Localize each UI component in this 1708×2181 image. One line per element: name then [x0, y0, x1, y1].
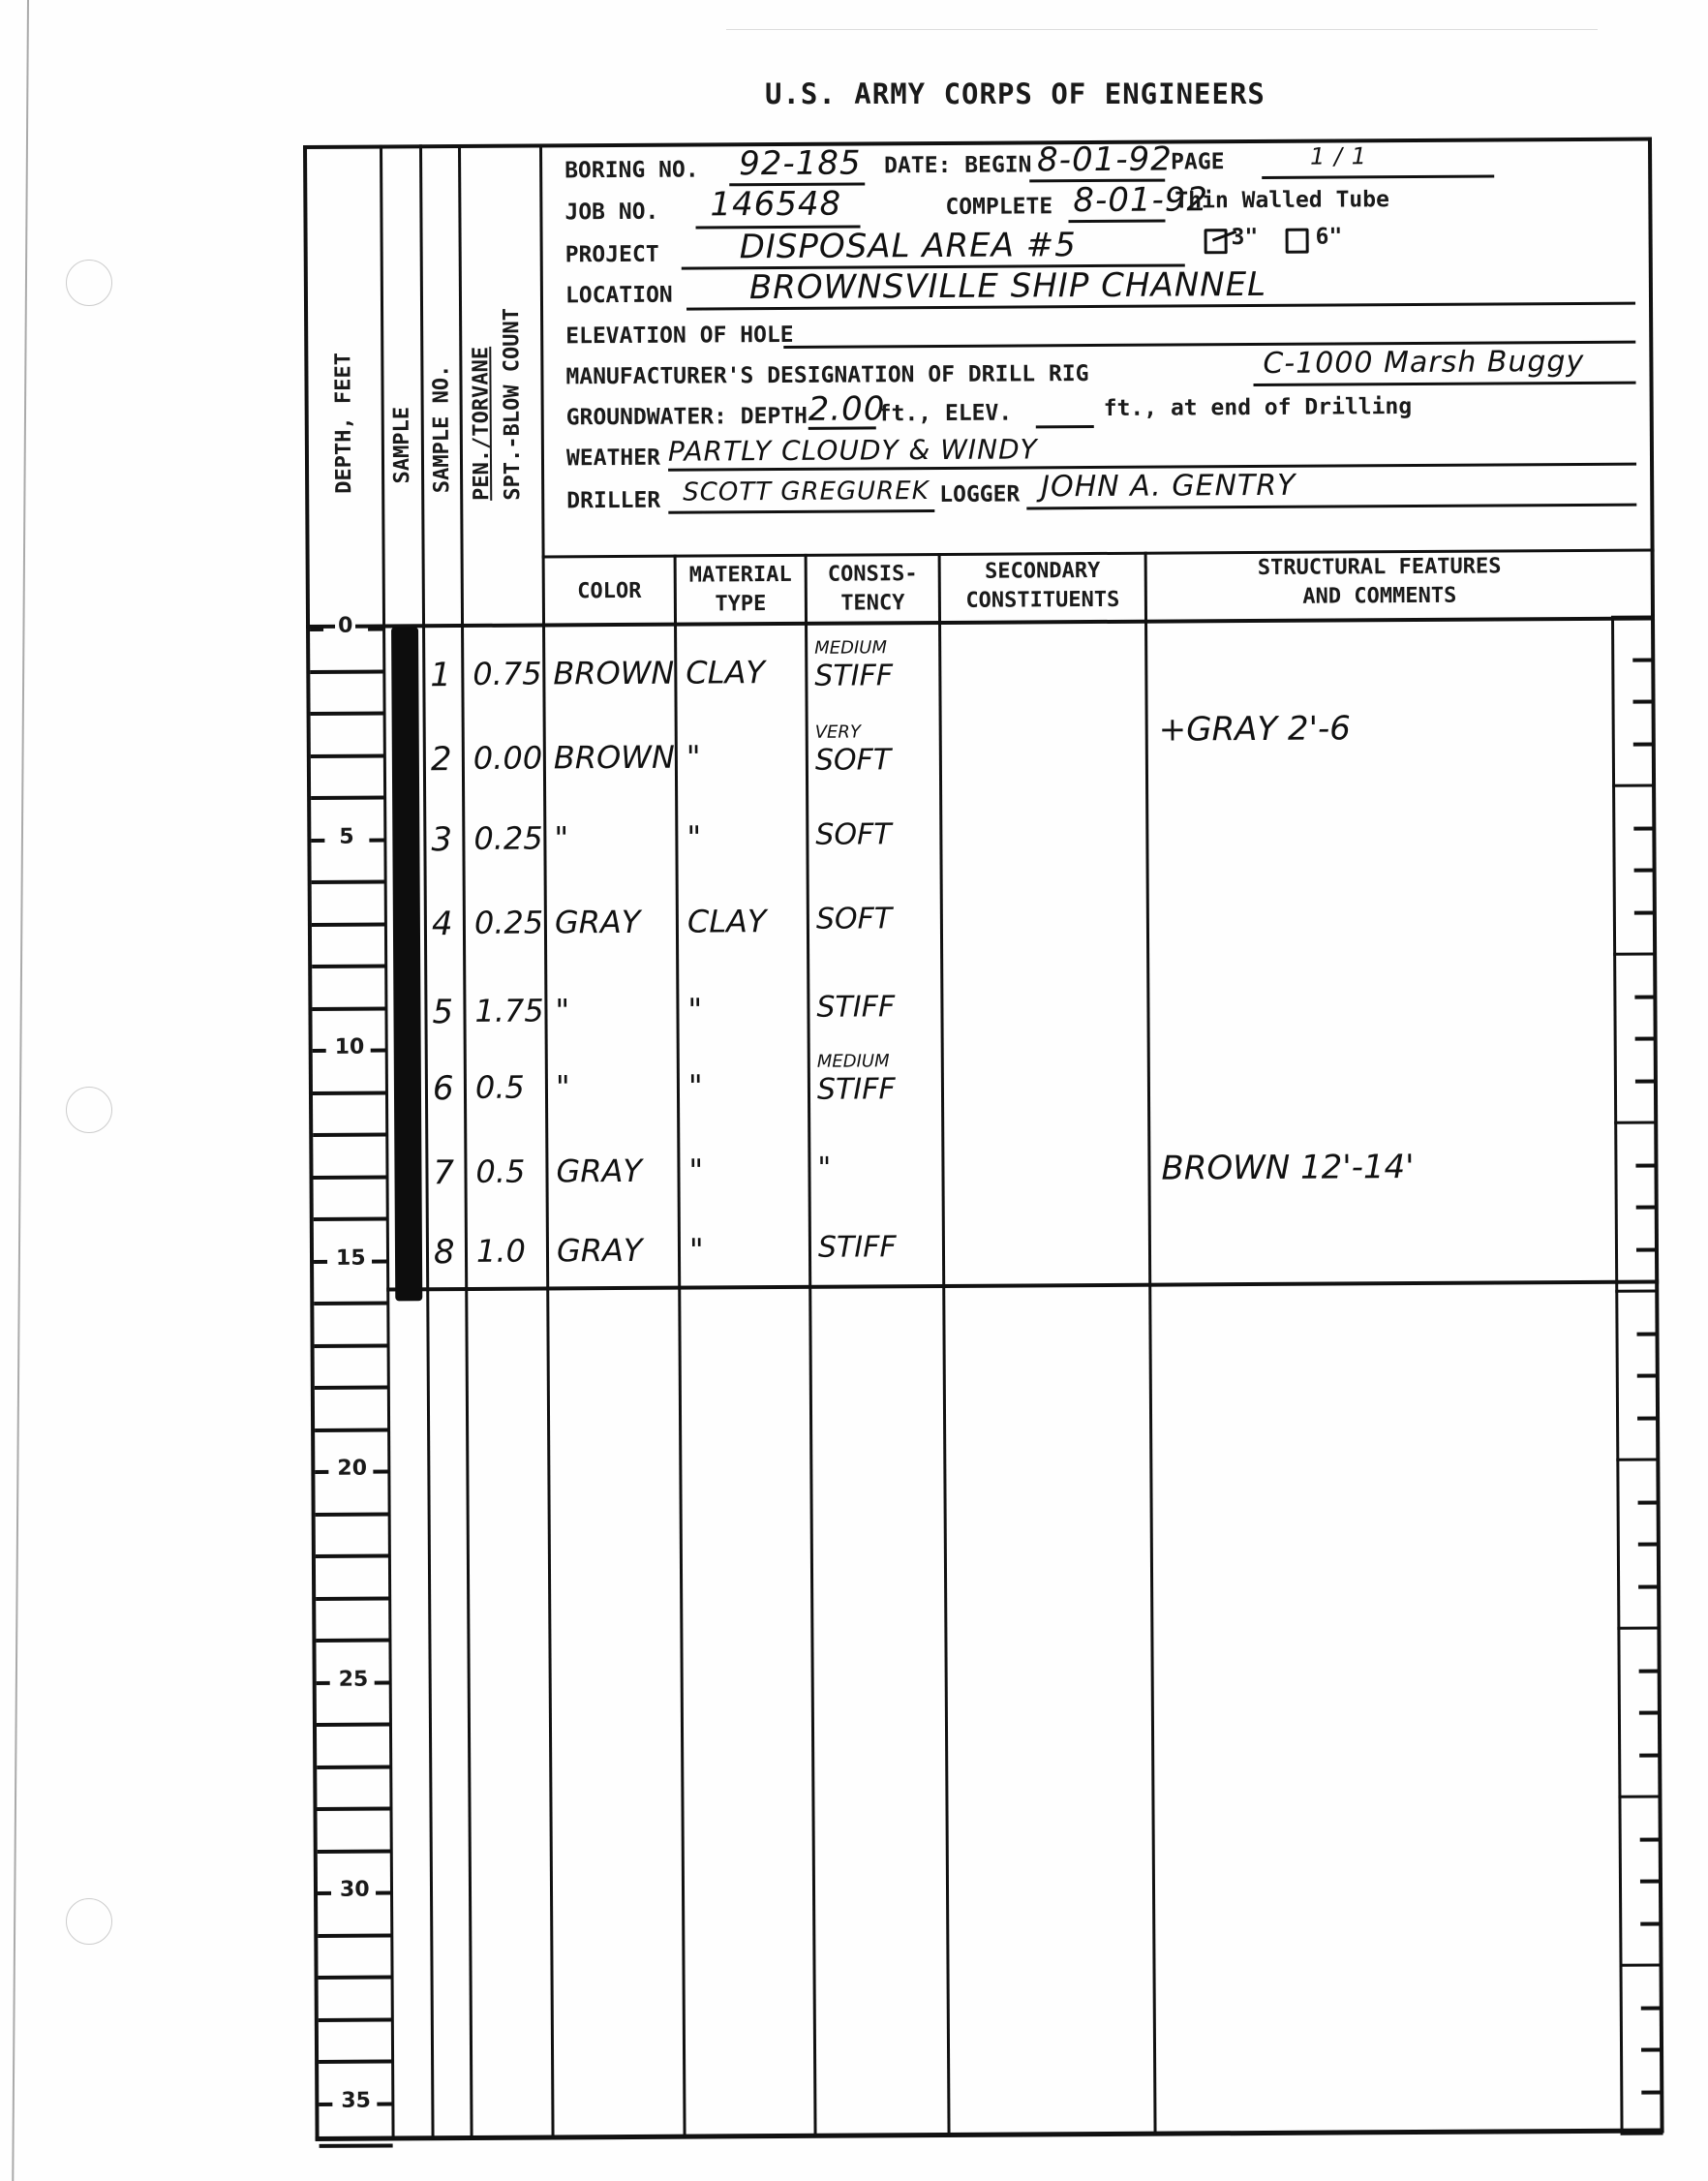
underline	[1026, 504, 1636, 510]
sample-no-cell[interactable]: 5	[432, 993, 453, 1031]
consistency-cell-line2[interactable]: SOFT	[815, 743, 891, 777]
right-scale-tick	[1637, 1373, 1659, 1377]
pen-torvane-cell[interactable]: 0.5	[475, 1152, 525, 1189]
date-begin-value[interactable]: 8-01-92	[1037, 140, 1173, 180]
consistency-cell-line2[interactable]: STIFF	[814, 659, 893, 692]
colhdr-consistency-line1: CONSIS-	[808, 560, 938, 590]
right-scale-tick	[1641, 2047, 1662, 2051]
depth-tick-right	[376, 1890, 391, 1894]
label-page: PAGE	[1171, 149, 1225, 174]
consistency-cell-line1[interactable]: VERY	[815, 722, 861, 743]
depth-label: 30	[337, 1878, 373, 1902]
right-scale-tick	[1617, 1626, 1660, 1629]
sample-no-cell[interactable]: 6	[433, 1069, 454, 1108]
right-scale-tick	[1641, 2006, 1662, 2010]
right-scale-tick	[1634, 868, 1656, 872]
label-job-no: JOB NO.	[564, 200, 658, 226]
consistency-cell[interactable]: "	[817, 1151, 831, 1184]
right-scale-tick	[1615, 1289, 1658, 1292]
page-value[interactable]: 1 / 1	[1310, 142, 1367, 169]
depth-tick-left	[310, 628, 323, 631]
weather-value[interactable]: PARTLY CLOUDY & WINDY	[668, 433, 1038, 467]
depth-tick-line	[319, 1975, 392, 1979]
color-cell[interactable]: GRAY	[555, 904, 641, 941]
depth-tick-line	[318, 1849, 391, 1853]
colhdr-secondary: SECONDARY CONSTITUENTS	[941, 557, 1144, 616]
structural-comment[interactable]: +GRAY 2'-6	[1159, 709, 1351, 749]
label-groundwater-elev: ft., ELEV.	[878, 401, 1013, 427]
pen-torvane-cell[interactable]: 0.00	[473, 740, 542, 777]
depth-tick-right	[377, 2102, 392, 2105]
depth-tick-line	[316, 1553, 389, 1557]
depth-tick-left	[311, 838, 324, 842]
consistency-cell[interactable]: SOFT	[816, 902, 892, 936]
label-6in: 6"	[1316, 224, 1343, 249]
colhdr-structural-line1: STRUCTURAL FEATURES	[1147, 552, 1612, 584]
right-scale-tick	[1634, 910, 1656, 914]
right-scale-tick	[1616, 1458, 1659, 1460]
right-scale-tick	[1619, 1963, 1662, 1966]
label-thin-walled-tube: Thin Walled Tube	[1174, 187, 1389, 213]
depth-tick-right	[371, 1048, 386, 1052]
depth-tick-left	[313, 1049, 326, 1053]
header-sample-no: SAMPLE NO.	[429, 365, 454, 494]
right-scale-tick	[1639, 1669, 1661, 1673]
underline	[808, 426, 876, 429]
label-project: PROJECT	[565, 242, 659, 268]
depth-tick-line	[312, 1006, 385, 1010]
agency-title: U.S. ARMY CORPS OF ENGINEERS	[765, 77, 1266, 110]
sample-no-cell[interactable]: 1	[430, 656, 451, 694]
right-scale-tick	[1633, 826, 1655, 830]
right-scale-tick	[1635, 1079, 1657, 1083]
depth-label: 35	[338, 2088, 374, 2112]
depth-tick-left	[318, 1891, 331, 1895]
color-cell[interactable]: BROWN	[554, 739, 675, 777]
end-of-boring-line	[386, 1279, 1659, 1291]
depth-tick-line	[312, 922, 385, 926]
right-scale-tick	[1636, 1247, 1658, 1251]
color-cell[interactable]: "	[556, 1068, 570, 1105]
sampled-interval-bar	[391, 627, 422, 1301]
color-cell[interactable]: "	[554, 819, 568, 856]
divider-color	[674, 555, 686, 2138]
checkbox-6in[interactable]	[1286, 229, 1309, 254]
depth-label: 20	[334, 1457, 370, 1481]
depth-tick-line	[316, 1512, 389, 1516]
depth-tick-line	[312, 879, 385, 883]
column-header-bottom	[306, 616, 1655, 629]
colhdr-secondary-line1: SECONDARY	[941, 557, 1144, 587]
label-date-begin: DATE: BEGIN	[884, 152, 1031, 178]
right-scale-tick	[1634, 995, 1656, 998]
depth-tick-line	[311, 712, 384, 716]
sample-no-cell[interactable]: 7	[433, 1153, 454, 1192]
depth-tick-line	[310, 669, 383, 673]
label-complete: COMPLETE	[945, 194, 1052, 220]
depth-tick-line	[315, 1343, 388, 1347]
boring-log-form: DEPTH, FEET SAMPLE SAMPLE NO. PEN./TORVA…	[303, 137, 1664, 2139]
colhdr-material: MATERIAL TYPE	[677, 561, 805, 620]
consistency-cell[interactable]: STIFF	[818, 1230, 897, 1264]
right-scale-tick	[1637, 1416, 1659, 1420]
label-groundwater-end: ft., at end of Drilling	[1104, 394, 1413, 421]
depth-tick-line	[315, 1428, 388, 1431]
right-scale-tick	[1641, 2090, 1662, 2094]
pen-torvane-cell[interactable]: 1.75	[474, 993, 543, 1029]
depth-tick-right	[369, 838, 384, 842]
depth-tick-left	[314, 1259, 327, 1263]
groundwater-depth-value[interactable]: 2.00	[808, 389, 886, 428]
boring-no-value[interactable]: 92-185	[739, 143, 862, 183]
material-cell[interactable]: "	[688, 1067, 703, 1104]
right-scale-tick	[1614, 1121, 1657, 1123]
depth-tick-line	[319, 2059, 392, 2063]
depth-tick-right	[373, 1469, 388, 1473]
sample-no-cell[interactable]: 8	[434, 1233, 455, 1272]
structural-comment[interactable]: BROWN 12'-14'	[1161, 1148, 1414, 1188]
depth-tick-line	[317, 1806, 390, 1810]
page-left-edge	[12, 0, 29, 2181]
color-cell[interactable]: GRAY	[556, 1152, 642, 1189]
punch-hole-middle	[66, 1087, 112, 1133]
underline	[1036, 425, 1094, 428]
colhdr-material-line1: MATERIAL	[677, 561, 805, 591]
colhdr-structural-line2: AND COMMENTS	[1147, 581, 1612, 613]
checkbox-3in[interactable]	[1205, 229, 1228, 254]
depth-tick-line	[320, 2143, 393, 2147]
depth-tick-line	[315, 1385, 388, 1389]
depth-tick-line	[311, 753, 384, 757]
sample-no-cell[interactable]: 2	[431, 740, 452, 779]
divider-pen	[539, 143, 555, 2138]
depth-tick-line	[317, 1722, 390, 1726]
consistency-cell[interactable]: STIFF	[816, 990, 895, 1024]
depth-tick-line	[317, 1765, 390, 1768]
depth-tick-line	[319, 2017, 392, 2021]
depth-tick-line	[313, 1132, 386, 1136]
right-scale-tick	[1611, 615, 1654, 618]
logger-value[interactable]: JOHN A. GENTRY	[1041, 469, 1296, 505]
depth-tick-line	[316, 1596, 389, 1600]
header-pen-torvane: PEN./TORVANE	[469, 347, 494, 501]
depth-tick-right	[375, 1680, 390, 1684]
project-value[interactable]: DISPOSAL AREA #5	[740, 226, 1077, 266]
consistency-cell[interactable]: SOFT	[815, 817, 891, 851]
colhdr-consistency: CONSIS- TENCY	[808, 560, 938, 619]
right-scale-tick	[1612, 783, 1655, 786]
frame-right	[1648, 137, 1664, 2132]
depth-tick-left	[315, 1470, 328, 1474]
sample-no-cell[interactable]: 4	[432, 905, 453, 943]
underline	[1262, 174, 1494, 178]
right-scale-tick	[1639, 1753, 1661, 1757]
colhdr-consistency-line2: TENCY	[808, 589, 938, 619]
divider-material	[805, 554, 817, 2137]
right-scale-tick	[1635, 1163, 1657, 1167]
right-scale-tick	[1640, 1837, 1662, 1841]
label-drill-rig: MANUFACTURER'S DESIGNATION OF DRILL RIG	[565, 361, 1088, 389]
consistency-cell-line2[interactable]: STIFF	[817, 1072, 896, 1106]
right-scale-tick	[1639, 1710, 1661, 1714]
divider-right-scale	[1611, 617, 1624, 2133]
header-spt-blow-count: SPT.-BLOW COUNT	[500, 308, 525, 501]
material-cell[interactable]: "	[687, 992, 702, 1029]
punch-hole-bottom	[66, 1898, 112, 1945]
job-no-value[interactable]: 146548	[710, 185, 841, 225]
driller-value[interactable]: SCOTT GREGUREK	[683, 476, 930, 507]
right-scale-tick	[1638, 1542, 1660, 1546]
header-depth-feet: DEPTH, FEET	[331, 353, 356, 494]
pen-torvane-cell[interactable]: 1.0	[476, 1233, 526, 1270]
right-scale-tick	[1636, 1205, 1658, 1209]
color-cell[interactable]: GRAY	[557, 1232, 643, 1270]
divider-secondary	[1144, 552, 1157, 2135]
right-scale-tick	[1613, 952, 1656, 955]
right-scale-tick	[1640, 1921, 1662, 1925]
underline	[668, 509, 934, 514]
header-sample: SAMPLE	[390, 407, 414, 484]
right-scale-tick	[1638, 1500, 1660, 1504]
drill-rig-value[interactable]: C-1000 Marsh Buggy	[1263, 345, 1584, 381]
depth-tick-line	[316, 1638, 389, 1642]
depth-tick-line	[314, 1216, 387, 1220]
label-weather: WEATHER	[566, 445, 660, 472]
underline	[1068, 220, 1165, 224]
label-location: LOCATION	[565, 283, 673, 309]
page-edge-line	[726, 29, 1598, 30]
consistency-cell-line1[interactable]: MEDIUM	[814, 638, 887, 659]
colhdr-structural: STRUCTURAL FEATURES AND COMMENTS	[1147, 552, 1612, 613]
label-groundwater-depth: GROUNDWATER: DEPTH	[566, 404, 808, 431]
right-scale-tick	[1618, 1795, 1661, 1797]
consistency-cell-line1[interactable]: MEDIUM	[817, 1051, 890, 1071]
color-cell[interactable]: BROWN	[553, 655, 674, 692]
material-cell[interactable]: "	[688, 1152, 703, 1188]
label-driller: DRILLER	[566, 488, 660, 514]
depth-tick-line	[312, 964, 385, 968]
depth-tick-line	[313, 1090, 386, 1094]
depth-tick-right	[368, 628, 383, 631]
location-value[interactable]: BROWNSVILLE SHIP CHANNEL	[749, 265, 1266, 307]
frame-top	[303, 137, 1652, 149]
right-scale-tick	[1640, 1879, 1662, 1883]
label-boring-no: BORING NO.	[564, 158, 699, 184]
material-cell[interactable]: CLAY	[686, 654, 765, 691]
material-cell[interactable]: "	[689, 1232, 704, 1269]
depth-tick-line	[311, 795, 384, 799]
depth-tick-left	[319, 2102, 332, 2105]
pen-torvane-cell[interactable]: 0.25	[474, 904, 543, 940]
depth-tick-left	[317, 1680, 330, 1684]
sample-no-cell[interactable]: 3	[431, 820, 452, 859]
label-3in: 3"	[1232, 225, 1259, 250]
right-scale-tick	[1633, 742, 1655, 746]
depth-label: 15	[333, 1245, 369, 1270]
depth-tick-line	[318, 1933, 391, 1937]
frame-left	[303, 145, 320, 2140]
depth-tick-line	[314, 1301, 387, 1305]
divider-consistency	[938, 553, 951, 2136]
right-scale-tick	[1621, 2132, 1663, 2135]
right-scale-tick	[1632, 658, 1654, 661]
material-cell[interactable]: "	[686, 818, 701, 855]
right-scale-tick	[1637, 1332, 1659, 1336]
depth-label: 10	[332, 1035, 368, 1060]
color-cell[interactable]: "	[555, 993, 569, 1029]
punch-hole-top	[66, 260, 112, 306]
material-cell[interactable]: "	[686, 739, 701, 776]
pen-torvane-cell[interactable]: 0.5	[475, 1068, 525, 1105]
label-elevation-of-hole: ELEVATION OF HOLE	[565, 323, 794, 349]
colhdr-secondary-line2: CONSTITUENTS	[941, 586, 1144, 616]
right-scale-tick	[1633, 699, 1655, 703]
depth-tick-line	[313, 1175, 386, 1179]
material-cell[interactable]: CLAY	[687, 903, 767, 939]
depth-tick-right	[372, 1259, 387, 1263]
depth-label: 25	[336, 1667, 372, 1691]
colhdr-material-line2: TYPE	[677, 590, 805, 620]
right-scale-tick	[1635, 1036, 1657, 1040]
right-scale-tick	[1638, 1584, 1660, 1588]
underline	[1254, 382, 1636, 386]
depth-label: 0	[335, 614, 355, 638]
pen-torvane-cell[interactable]: 0.25	[473, 819, 542, 856]
label-logger: LOGGER	[939, 481, 1020, 507]
colhdr-color: COLOR	[545, 577, 674, 607]
pen-torvane-cell[interactable]: 0.75	[473, 656, 541, 692]
depth-label: 5	[336, 824, 356, 848]
frame-bottom	[316, 2128, 1664, 2141]
